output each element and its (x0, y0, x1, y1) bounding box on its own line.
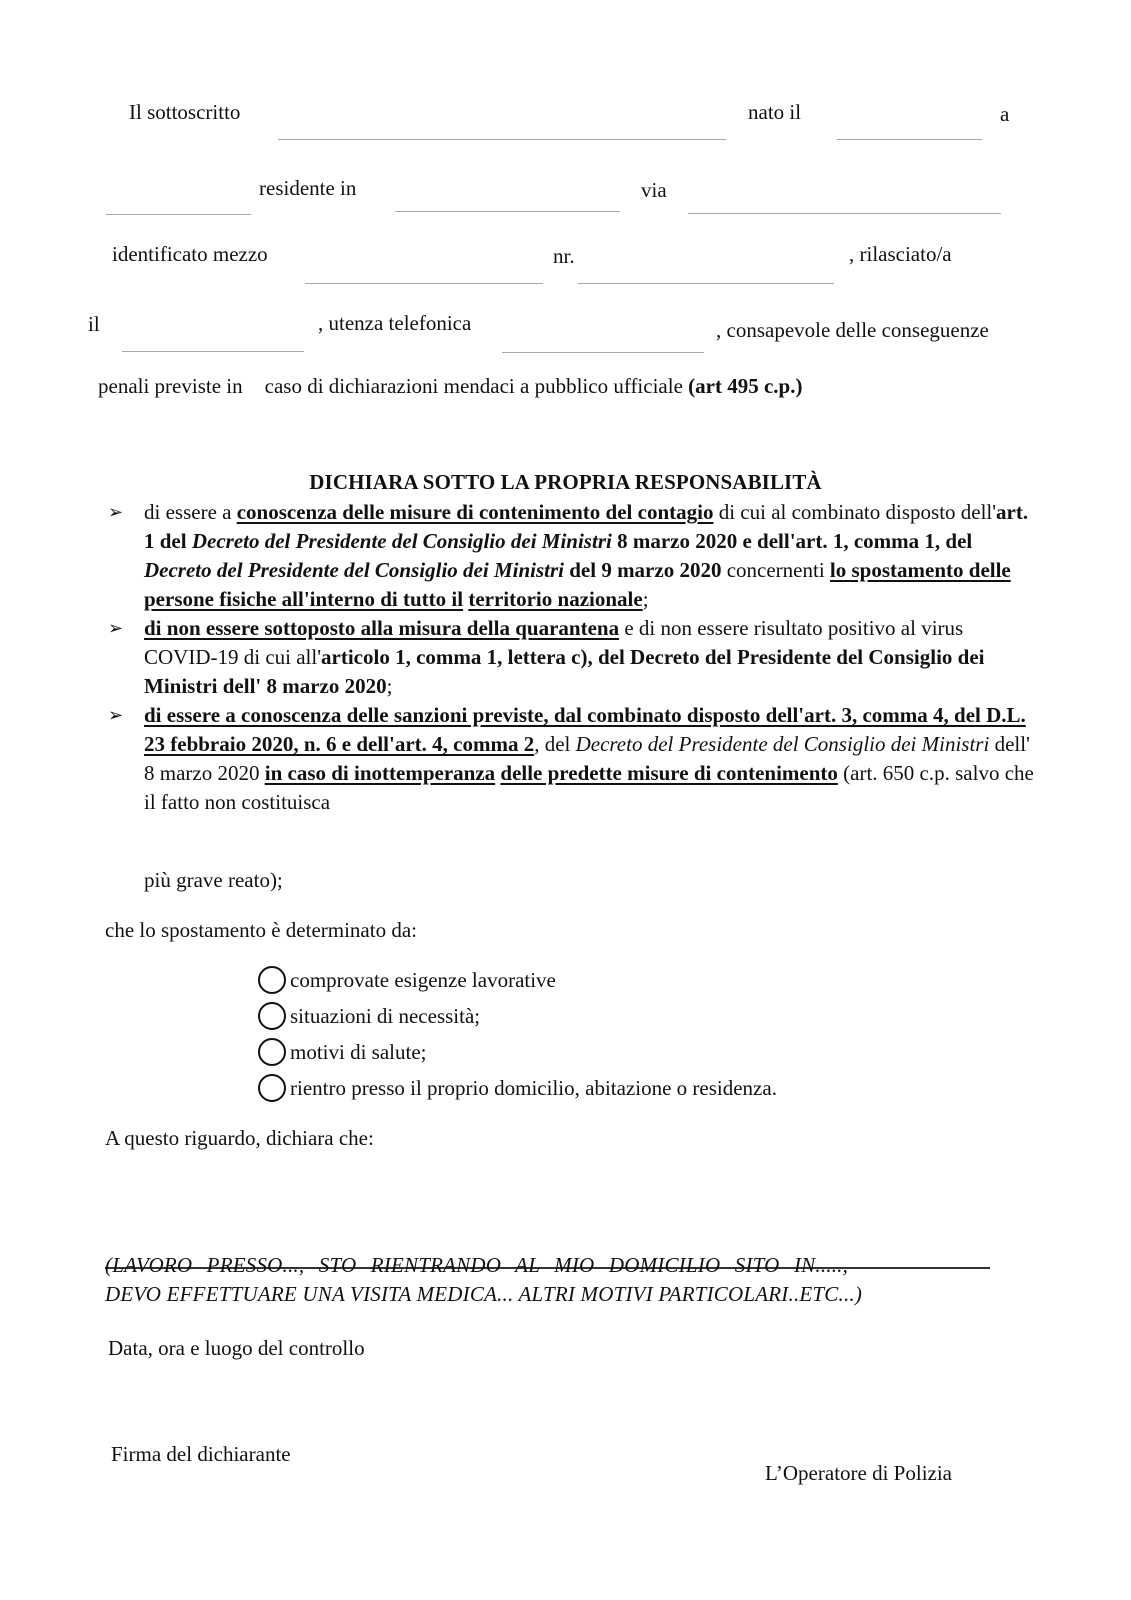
label-a: a (1000, 104, 1009, 125)
option-label: motivi di salute; (290, 1040, 427, 1065)
arrow-bullet-icon: ➢ (108, 701, 123, 730)
text-segment: concernenti (721, 558, 829, 582)
birth-place-field-line[interactable] (106, 214, 251, 215)
text-segment: ; (643, 587, 649, 611)
option-rientro[interactable]: rientro presso il proprio domicilio, abi… (258, 1070, 777, 1106)
residence-field-line[interactable] (395, 211, 620, 212)
text-segment: Decreto del Presidente del Consiglio dei… (576, 732, 990, 756)
option-salute[interactable]: motivi di salute; (258, 1034, 777, 1070)
label-firma-dichiarante: Firma del dichiarante (111, 1444, 291, 1465)
label-sottoscritto: Il sottoscritto (129, 102, 240, 123)
birth-date-field-line[interactable] (837, 139, 982, 140)
text-segment: ; (387, 674, 393, 698)
label-identificato-mezzo: identificato mezzo (112, 244, 268, 265)
label-consapevole: , consapevole delle conseguenze (716, 320, 989, 341)
option-lavorative[interactable]: comprovate esigenze lavorative (258, 962, 777, 998)
statement-example: (LAVORO PRESSO..., STO RIENTRANDO AL MIO… (105, 1251, 862, 1309)
declaration-title: DICHIARA SOTTO LA PROPRIA RESPONSABILITÀ (0, 470, 1131, 495)
movement-intro: che lo spostamento è determinato da: (105, 920, 417, 941)
declaration-list: ➢ di essere a conoscenza delle misure di… (108, 498, 1038, 817)
movement-options: comprovate esigenze lavorative situazion… (258, 962, 777, 1106)
text-segment: 8 marzo 2020 e dell'art. 1, comma 1, del (612, 529, 972, 553)
option-label: comprovate esigenze lavorative (290, 968, 556, 993)
arrow-bullet-icon: ➢ (108, 498, 123, 527)
declaration-item-text: di essere a conoscenza delle sanzioni pr… (144, 703, 1034, 814)
street-field-line[interactable] (688, 213, 1001, 214)
option-label: rientro presso il proprio domicilio, abi… (290, 1076, 777, 1101)
arrow-bullet-icon: ➢ (108, 614, 123, 643)
label-nato-il: nato il (748, 102, 801, 123)
label-residente-in: residente in (259, 178, 356, 199)
label-utenza-telefonica: , utenza telefonica (318, 313, 471, 334)
declaration-item: ➢ di non essere sottoposto alla misura d… (108, 614, 1038, 701)
name-field-line[interactable] (278, 139, 726, 140)
issue-date-field-line[interactable] (122, 351, 304, 352)
declaration-item: ➢ di essere a conoscenza delle sanzioni … (108, 701, 1038, 817)
id-number-field-line[interactable] (578, 283, 834, 284)
radio-circle-icon[interactable] (258, 1074, 286, 1102)
text-segment: delle predette misure di contenimento (500, 761, 838, 785)
declaration-item-text: di non essere sottoposto alla misura del… (144, 616, 984, 698)
phone-field-line[interactable] (502, 352, 704, 353)
penali-body: caso di dichiarazioni mendaci a pubblico… (265, 374, 689, 398)
option-necessita[interactable]: situazioni di necessità; (258, 998, 777, 1034)
declaration-item: ➢ di essere a conoscenza delle misure di… (108, 498, 1038, 614)
penali-prefix: penali previste in (98, 374, 243, 398)
option-label: situazioni di necessità; (290, 1004, 480, 1029)
example-line-1: (LAVORO PRESSO..., STO RIENTRANDO AL MIO… (105, 1251, 862, 1280)
text-segment: Decreto del Presidente del Consiglio dei… (192, 529, 612, 553)
penali-article: (art 495 c.p.) (688, 374, 802, 398)
text-segment: di cui al combinato disposto dell' (713, 500, 996, 524)
label-data-ora-luogo: Data, ora e luogo del controllo (108, 1338, 365, 1359)
statement-intro: A questo riguardo, dichiara che: (105, 1128, 374, 1149)
text-segment: territorio nazionale (468, 587, 642, 611)
declaration-continuation: più grave reato); (144, 870, 283, 891)
radio-circle-icon[interactable] (258, 1038, 286, 1066)
label-operatore-polizia: L’Operatore di Polizia (765, 1463, 952, 1484)
label-nr: nr. (553, 246, 575, 267)
penali-text: penali previste incaso di dichiarazioni … (98, 376, 802, 397)
id-document-field-line[interactable] (305, 283, 543, 284)
label-il: il (88, 314, 100, 335)
text-segment: di non essere sottoposto alla misura del… (144, 616, 619, 640)
text-segment: conoscenza delle misure di contenimento … (237, 500, 714, 524)
radio-circle-icon[interactable] (258, 966, 286, 994)
text-segment: , del (534, 732, 575, 756)
text-segment: in caso di inottemperanza (265, 761, 495, 785)
text-segment: di essere a (144, 500, 237, 524)
declaration-item-text: di essere a conoscenza delle misure di c… (144, 500, 1028, 611)
label-via: via (641, 180, 667, 201)
text-segment: del 9 marzo 2020 (564, 558, 721, 582)
text-segment: Decreto del Presidente del Consiglio dei… (144, 558, 564, 582)
label-rilasciato: , rilasciato/a (849, 244, 952, 265)
radio-circle-icon[interactable] (258, 1002, 286, 1030)
example-line-2: DEVO EFFETTUARE UNA VISITA MEDICA... ALT… (105, 1280, 862, 1309)
